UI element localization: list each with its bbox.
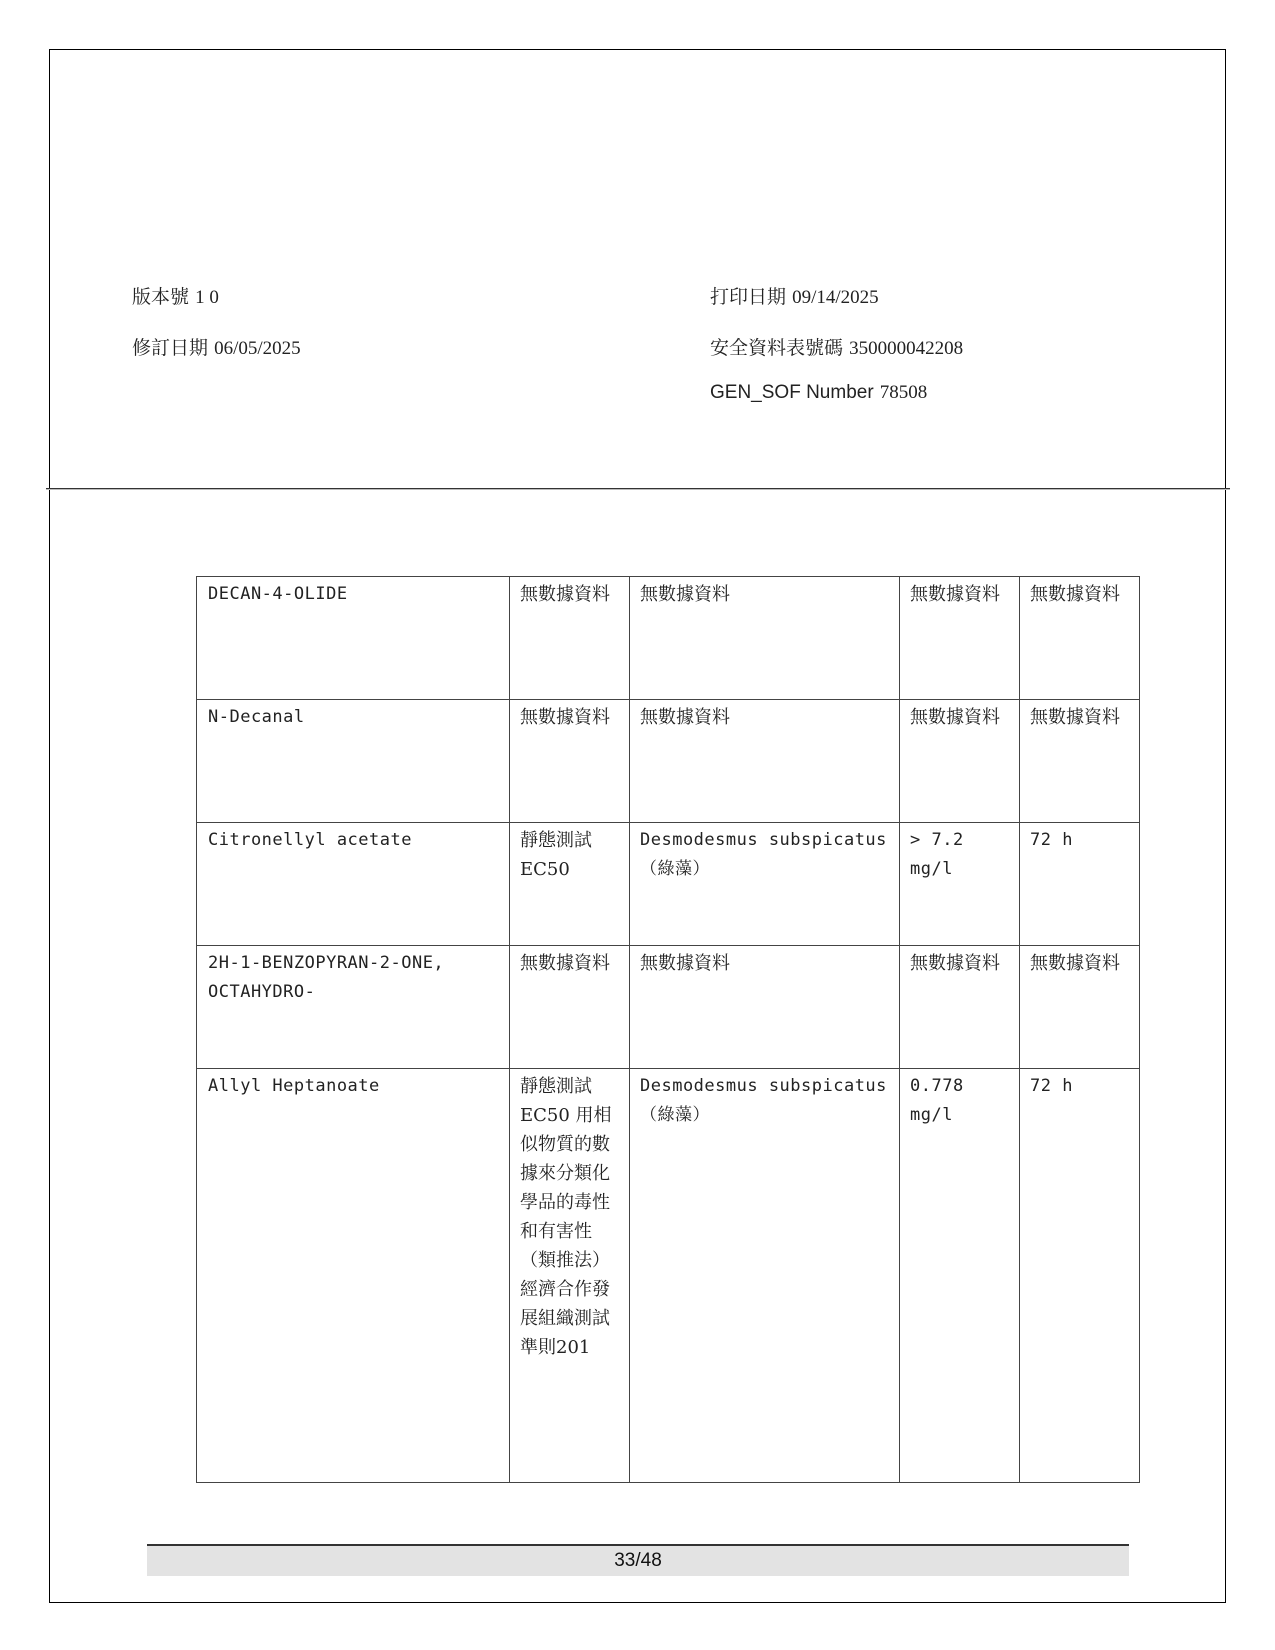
value-cell: 無數據資料 <box>900 700 1020 823</box>
value-cell: 無數據資料 <box>900 577 1020 700</box>
version-number: 版本號 1 0 <box>132 285 219 310</box>
value-cell: > 7.2 mg/l <box>900 823 1020 946</box>
duration-cell: 無數據資料 <box>1020 700 1140 823</box>
species-cell: 無數據資料 <box>630 946 900 1069</box>
revision-date: 修訂日期 06/05/2025 <box>132 336 301 361</box>
species-cell: 無數據資料 <box>630 577 900 700</box>
test-type-cell: 靜態測試 EC50 <box>510 823 630 946</box>
sds-number: 安全資料表號碼 350000042208 <box>710 336 963 361</box>
value-cell: 無數據資料 <box>900 946 1020 1069</box>
duration-cell: 72 h <box>1020 823 1140 946</box>
duration-cell: 無數據資料 <box>1020 946 1140 1069</box>
test-type-cell: 靜態測試 EC50 用相似物質的數據來分類化學品的毒性和有害性（類推法） 經濟合… <box>510 1069 630 1483</box>
value-cell: 0.778 mg/l <box>900 1069 1020 1483</box>
species-cell: Desmodesmus subspicatus （綠藻） <box>630 1069 900 1483</box>
print-date: 打印日期 09/14/2025 <box>710 285 879 310</box>
print-date-label: 打印日期 <box>710 286 786 308</box>
substance-cell: Allyl Heptanoate <box>197 1069 510 1483</box>
substance-cell: DECAN-4-OLIDE <box>197 577 510 700</box>
revision-date-value: 06/05/2025 <box>214 338 301 359</box>
test-type-cell: 無數據資料 <box>510 946 630 1069</box>
print-date-value: 09/14/2025 <box>792 287 879 308</box>
substance-cell: N-Decanal <box>197 700 510 823</box>
revision-date-label: 修訂日期 <box>132 337 208 359</box>
test-type-cell: 無數據資料 <box>510 700 630 823</box>
page-indicator: 33/48 <box>614 1550 662 1571</box>
species-cell: Desmodesmus subspicatus （綠藻） <box>630 823 900 946</box>
gen-sof-number: GEN_SOF Number 78508 <box>710 380 927 405</box>
table-row: Citronellyl acetate 靜態測試 EC50 Desmodesmu… <box>197 823 1140 946</box>
table-row: DECAN-4-OLIDE 無數據資料 無數據資料 無數據資料 無數據資料 <box>197 577 1140 700</box>
gen-sof-value: 78508 <box>880 382 928 403</box>
sds-number-value: 350000042208 <box>849 338 963 359</box>
substance-cell: 2H-1-BENZOPYRAN-2-ONE, OCTAHYDRO- <box>197 946 510 1069</box>
duration-cell: 72 h <box>1020 1069 1140 1483</box>
table-row: 2H-1-BENZOPYRAN-2-ONE, OCTAHYDRO- 無數據資料 … <box>197 946 1140 1069</box>
gen-sof-label: GEN_SOF Number <box>710 382 874 403</box>
version-label: 版本號 <box>132 286 189 308</box>
ecotoxicity-table: DECAN-4-OLIDE 無數據資料 無數據資料 無數據資料 無數據資料 N-… <box>196 576 1140 1483</box>
duration-cell: 無數據資料 <box>1020 577 1140 700</box>
table-row: Allyl Heptanoate 靜態測試 EC50 用相似物質的數據來分類化學… <box>197 1069 1140 1483</box>
table-row: N-Decanal 無數據資料 無數據資料 無數據資料 無數據資料 <box>197 700 1140 823</box>
version-value: 1 0 <box>195 287 219 308</box>
sds-number-label: 安全資料表號碼 <box>710 337 843 359</box>
page-footer: 33/48 <box>147 1544 1129 1576</box>
test-type-cell: 無數據資料 <box>510 577 630 700</box>
species-cell: 無數據資料 <box>630 700 900 823</box>
header-divider <box>46 488 1230 489</box>
substance-cell: Citronellyl acetate <box>197 823 510 946</box>
